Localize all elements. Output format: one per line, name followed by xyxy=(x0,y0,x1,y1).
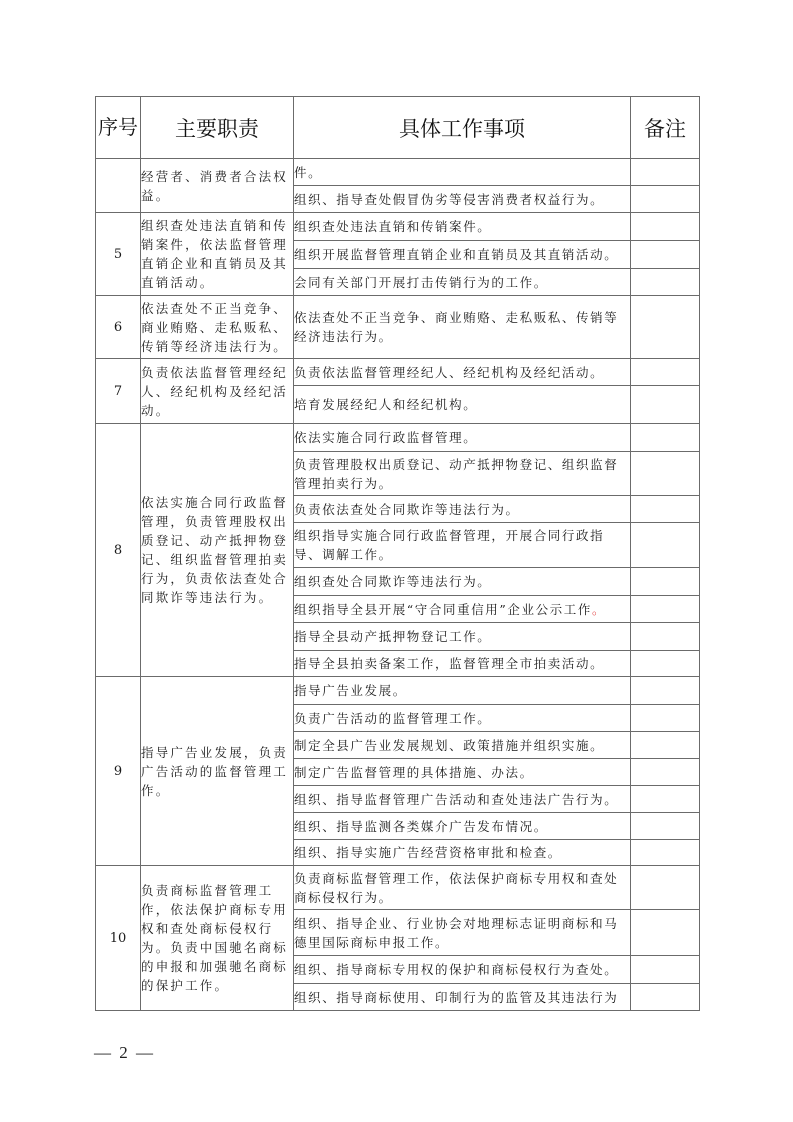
work-item: 组织查处合同欺诈等违法行为。 xyxy=(294,568,631,596)
work-item: 组织、指导商标使用、印制行为的监管及其违法行为 xyxy=(294,984,631,1011)
work-item: 培育发展经纪人和经纪机构。 xyxy=(294,386,631,424)
note-cell xyxy=(631,269,700,296)
work-item: 组织、指导实施广告经营资格审批和检查。 xyxy=(294,840,631,866)
note-cell xyxy=(631,705,700,732)
seq-number: 6 xyxy=(96,296,141,359)
table-row: 6 依法查处不正当竞争、商业贿赂、走私贩私、传销等经济违法行为。 依法查处不正当… xyxy=(96,296,700,359)
table-row: 经营者、消费者合法权益。 件。 xyxy=(96,159,700,186)
work-item: 组织指导实施合同行政监督管理，开展合同行政指导、调解工作。 xyxy=(294,523,631,568)
note-cell xyxy=(631,386,700,424)
table-row: 10 负责商标监督管理工作，依法保护商标专用权和查处商标侵权行为。负责中国驰名商… xyxy=(96,866,700,910)
work-item: 组织、指导查处假冒伪劣等侵害消费者权益行为。 xyxy=(294,186,631,213)
duties-table: 序号 主要职责 具体工作事项 备注 经营者、消费者合法权益。 件。 组织、指导查… xyxy=(95,96,700,1011)
work-item: 组织、指导企业、行业协会对地理标志证明商标和马德里国际商标申报工作。 xyxy=(294,910,631,956)
work-item: 依法实施合同行政监督管理。 xyxy=(294,424,631,452)
note-cell xyxy=(631,910,700,956)
main-duty: 指导广告业发展，负责广告活动的监督管理工作。 xyxy=(141,677,294,866)
table-row: 5 组织查处违法直销和传销案件，依法监督管理直销企业和直销员及其直销活动。 组织… xyxy=(96,213,700,241)
note-cell xyxy=(631,813,700,840)
work-item: 制定广告监督管理的具体措施、办法。 xyxy=(294,759,631,786)
work-item-text: 组织指导全县开展“守合同重信用”企业公示工作 xyxy=(294,602,592,617)
work-item: 组织指导全县开展“守合同重信用”企业公示工作。 xyxy=(294,596,631,623)
seq-number: 9 xyxy=(96,677,141,866)
work-item: 负责广告活动的监督管理工作。 xyxy=(294,705,631,732)
header-seq: 序号 xyxy=(96,97,141,159)
work-item: 负责管理股权出质登记、动产抵押物登记、组织监督管理拍卖行为。 xyxy=(294,452,631,496)
main-duty: 负责商标监督管理工作，依法保护商标专用权和查处商标侵权行为。负责中国驰名商标的申… xyxy=(141,866,294,1011)
seq-number: 5 xyxy=(96,213,141,296)
note-cell xyxy=(631,359,700,386)
note-cell xyxy=(631,759,700,786)
work-item: 指导全县动产抵押物登记工作。 xyxy=(294,623,631,651)
work-item: 负责商标监督管理工作，依法保护商标专用权和查处商标侵权行为。 xyxy=(294,866,631,910)
note-cell xyxy=(631,596,700,623)
note-cell xyxy=(631,956,700,984)
seq-number: 7 xyxy=(96,359,141,424)
header-items: 具体工作事项 xyxy=(294,97,631,159)
table-row: 7 负责依法监督管理经纪人、经纪机构及经纪活动。 负责依法监督管理经纪人、经纪机… xyxy=(96,359,700,386)
note-cell xyxy=(631,840,700,866)
work-item: 组织查处违法直销和传销案件。 xyxy=(294,213,631,241)
note-cell xyxy=(631,496,700,523)
main-duty: 依法实施合同行政监督管理，负责管理股权出质登记、动产抵押物登记、组织监督管理拍卖… xyxy=(141,424,294,677)
work-item: 依法查处不正当竞争、商业贿赂、走私贩私、传销等经济违法行为。 xyxy=(294,296,631,359)
note-cell xyxy=(631,241,700,269)
seq-number xyxy=(96,159,141,213)
seq-number: 10 xyxy=(96,866,141,1011)
note-cell xyxy=(631,452,700,496)
note-cell xyxy=(631,159,700,186)
page-number: — 2 — xyxy=(94,1043,155,1063)
work-item: 制定全县广告业发展规划、政策措施并组织实施。 xyxy=(294,732,631,759)
work-item: 会同有关部门开展打击传销行为的工作。 xyxy=(294,269,631,296)
header-note: 备注 xyxy=(631,97,700,159)
work-item: 件。 xyxy=(294,159,631,186)
seq-number: 8 xyxy=(96,424,141,677)
header-duty: 主要职责 xyxy=(141,97,294,159)
note-cell xyxy=(631,732,700,759)
main-duty: 组织查处违法直销和传销案件，依法监督管理直销企业和直销员及其直销活动。 xyxy=(141,213,294,296)
note-cell xyxy=(631,213,700,241)
work-item: 负责依法查处合同欺诈等违法行为。 xyxy=(294,496,631,523)
work-item: 组织开展监督管理直销企业和直销员及其直销活动。 xyxy=(294,241,631,269)
note-cell xyxy=(631,866,700,910)
note-cell xyxy=(631,677,700,705)
note-cell xyxy=(631,424,700,452)
work-item: 组织、指导监测各类媒介广告发布情况。 xyxy=(294,813,631,840)
red-period-mark: 。 xyxy=(592,602,606,617)
work-item: 指导广告业发展。 xyxy=(294,677,631,705)
table-row: 8 依法实施合同行政监督管理，负责管理股权出质登记、动产抵押物登记、组织监督管理… xyxy=(96,424,700,452)
work-item: 组织、指导商标专用权的保护和商标侵权行为查处。 xyxy=(294,956,631,984)
note-cell xyxy=(631,186,700,213)
note-cell xyxy=(631,786,700,813)
note-cell xyxy=(631,296,700,359)
work-item: 负责依法监督管理经纪人、经纪机构及经纪活动。 xyxy=(294,359,631,386)
table-row: 9 指导广告业发展，负责广告活动的监督管理工作。 指导广告业发展。 xyxy=(96,677,700,705)
note-cell xyxy=(631,984,700,1011)
work-item: 指导全县拍卖备案工作，监督管理全市拍卖活动。 xyxy=(294,651,631,677)
main-duty: 负责依法监督管理经纪人、经纪机构及经纪活动。 xyxy=(141,359,294,424)
main-duty: 经营者、消费者合法权益。 xyxy=(141,159,294,213)
note-cell xyxy=(631,651,700,677)
work-item: 组织、指导监督管理广告活动和查处违法广告行为。 xyxy=(294,786,631,813)
note-cell xyxy=(631,523,700,568)
note-cell xyxy=(631,568,700,596)
main-duty: 依法查处不正当竞争、商业贿赂、走私贩私、传销等经济违法行为。 xyxy=(141,296,294,359)
table-header-row: 序号 主要职责 具体工作事项 备注 xyxy=(96,97,700,159)
note-cell xyxy=(631,623,700,651)
